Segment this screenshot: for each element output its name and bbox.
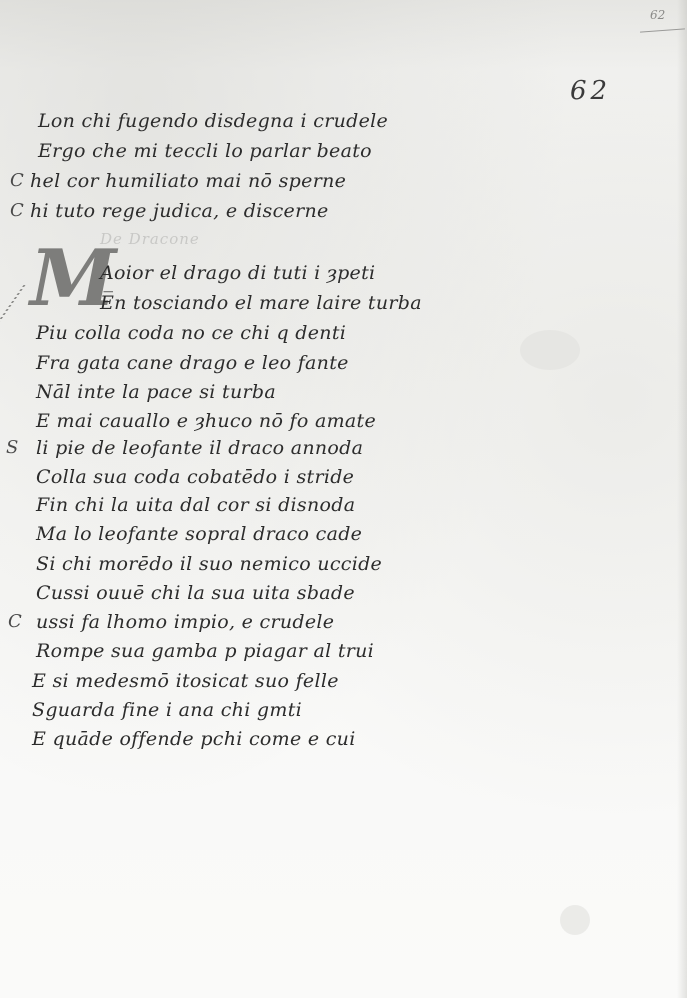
verse-line: Rompe sua gamba p piagar al trui xyxy=(36,640,374,662)
verse-line: Ergo che mi teccli lo parlar beato xyxy=(38,140,372,162)
page-edge-shadow xyxy=(677,0,687,998)
verse-line: Si chi morēdo il suo nemico uccide xyxy=(36,553,382,575)
verse-line: E si medesmō itosicat suo felle xyxy=(32,670,339,692)
verse-line: ussi fa lhomo impio, e crudele xyxy=(36,611,334,633)
paper-stain xyxy=(560,905,590,935)
verse-line: Fin chi la uita dal cor si disnoda xyxy=(36,494,355,516)
verse-line: Ma lo leofante sopral draco cade xyxy=(36,523,362,545)
verse-line: Fra gata cane drago e leo fante xyxy=(36,352,349,374)
verse-line: Lon chi fugendo disdegna i crudele xyxy=(38,110,388,132)
verse-line: E mai cauallo e ȝhuco nō fo amate xyxy=(36,410,376,432)
verse-line: Colla sua coda cobatēdo i stride xyxy=(36,466,354,488)
folio-number-small: 62 xyxy=(650,8,665,22)
verse-line: Nāl inte la pace si turba xyxy=(36,381,276,403)
verse-line: E̅n tosciando el mare laire turba xyxy=(100,292,422,314)
verse-line: li pie de leofante il draco annoda xyxy=(36,437,363,459)
margin-capital: C xyxy=(10,200,24,221)
verse-line: Piu colla coda no ce chi q denti xyxy=(36,322,346,344)
margin-capital: C xyxy=(8,611,22,632)
margin-capital: S xyxy=(6,437,18,458)
verse-line: hi tuto rege judica, e discerne xyxy=(30,200,329,222)
margin-capital: C xyxy=(10,170,24,191)
folio-number: 62 xyxy=(570,76,611,106)
verse-line: Cussi ouuē chi la sua uita sbade xyxy=(36,582,355,604)
verse-line: hel cor humiliato mai nō sperne xyxy=(30,170,346,192)
paper-stain xyxy=(520,330,580,370)
manuscript-page: 62 62 Lon chi fugendo disdegna i crudele… xyxy=(0,0,687,998)
verse-line: E quāde offende pchi come e cui xyxy=(32,728,356,750)
verse-line: Sguarda fine i ana chi gmti xyxy=(32,699,302,721)
verse-line: Aoior el drago di tuti i ȝpeti xyxy=(100,262,375,284)
